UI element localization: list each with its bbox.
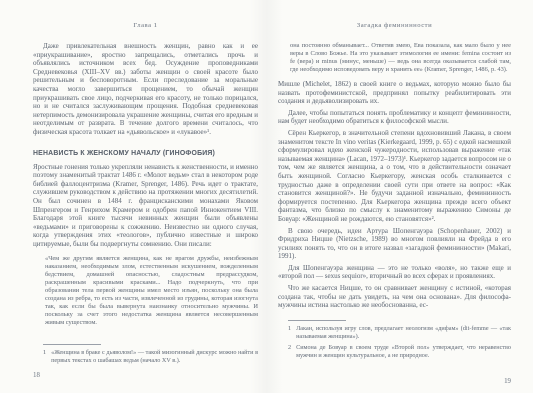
right-page: Загадка фемининности она постоянно обман… (266, 0, 533, 393)
paragraph: Даже привлекательная внешность женщин, р… (33, 42, 258, 137)
block-quote-continued: она постоянно обманывает... Ответив змею… (290, 42, 511, 74)
footnote: 1 «Женщина в браке с дьяволом!» — такой … (43, 349, 258, 365)
paragraph: Для Шопенгауэра женщина — это не только … (278, 264, 511, 281)
left-page: Глава 1 Даже привлекательная внешность ж… (0, 0, 266, 393)
right-page-body: она постоянно обманывает... Ответив змею… (278, 42, 511, 313)
footnote: 1 Лакан, используя игру слов, предлагает… (288, 325, 511, 341)
footnote-text: Лакан, используя игру слов, предлагает н… (296, 325, 511, 341)
footnote-number: 1 (288, 325, 291, 341)
footnotes-right: 1 Лакан, используя игру слов, предлагает… (278, 320, 511, 363)
footnote-text: Симона де Бовуар в своем труде «Второй п… (296, 344, 511, 360)
page-number-right: 19 (278, 372, 511, 385)
footnote-rule (288, 320, 346, 321)
running-head-right: Загадка фемининности (278, 22, 511, 29)
footnote: 2 Симона де Бовуар в своем труде «Второй… (288, 344, 511, 360)
paragraph: Что же касается Ницше, то он сравнивает … (278, 284, 511, 310)
paragraph: Далее, чтобы попытаться понять проблемат… (278, 109, 511, 126)
running-head-left: Глава 1 (33, 22, 258, 29)
footnote-number: 1 (43, 349, 46, 365)
paragraph: Мишле (Michelet, 1862) в своей книге о в… (278, 80, 511, 106)
footnote-text: «Женщина в браке с дьяволом!» — такой ми… (51, 349, 258, 365)
page-number-left: 18 (33, 372, 258, 379)
paragraph: В свою очередь, идеи Артура Шопенгауэра … (278, 227, 511, 261)
section-heading: НЕНАВИСТЬ К ЖЕНСКОМУ НАЧАЛУ (ГИНОФОБИЯ) (33, 150, 258, 157)
paragraph: Яростные гонения только укрепляли ненави… (33, 163, 258, 249)
book-spread: Глава 1 Даже привлекательная внешность ж… (0, 0, 533, 393)
footnote-number: 2 (288, 344, 291, 360)
footnotes-left: 1 «Женщина в браке с дьяволом!» — такой … (33, 344, 258, 368)
paragraph: Сёрен Кьеркегор, в значительной степени … (278, 129, 511, 224)
block-quote: «Чем же другим является женщина, как не … (45, 255, 258, 327)
footnote-rule (43, 344, 101, 345)
